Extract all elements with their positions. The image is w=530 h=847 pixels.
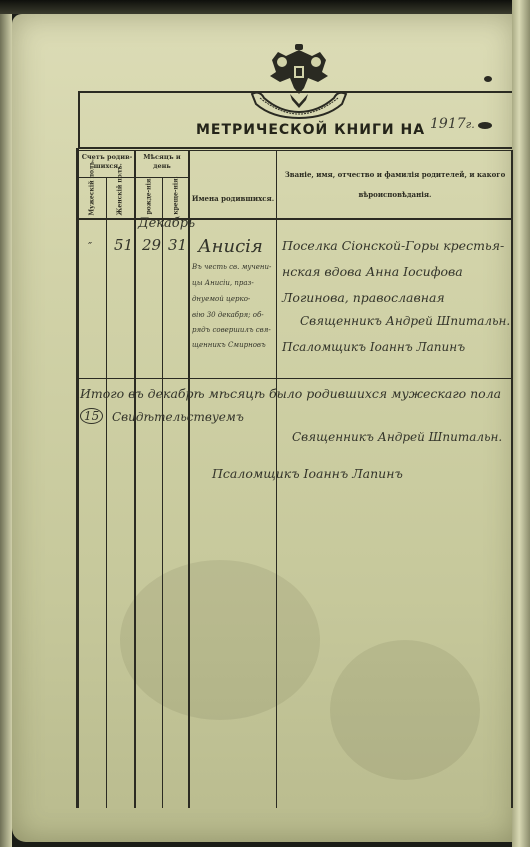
summary-line-2: Свидѣтельствуемъ [112, 410, 244, 424]
summary-line-1: Итого въ декабрѣ мѣсяцѣ было родившихся … [80, 386, 501, 401]
entry-female-number: 51 [114, 236, 133, 254]
header-month-day: Мѣсяцъ и день [136, 153, 188, 171]
paper-stain [330, 640, 480, 780]
entry-male: ″ [88, 240, 92, 253]
entry-baptized-day: 31 [168, 236, 187, 254]
summary-priest-signature: Священникъ Андрей Шпитальн. [292, 430, 502, 444]
col-divider-count-month [134, 150, 136, 808]
header-parents: Званіе, имя, отчество и фамилія родителе… [280, 165, 510, 205]
col-divider-male-female [106, 178, 107, 808]
col-divider-month-names [188, 150, 190, 808]
entry-born-day: 29 [142, 236, 161, 254]
col-divider-born-baptized [162, 178, 163, 808]
title-year: 1917г. [430, 116, 475, 132]
summary-psalmist-signature: Псаломщикъ Іоаннъ Лапинъ [212, 466, 403, 481]
page-title: МЕТРИЧЕСКОЙ КНИГИ НА [196, 122, 425, 138]
entry-psalmist-signature: Псаломщикъ Іоаннъ Лапинъ [282, 340, 465, 354]
table-left-border [76, 148, 79, 808]
entry-priest-signature: Священникъ Андрей Шпитальн. [300, 314, 510, 328]
header-baptized: креще-нія. [173, 176, 180, 216]
scan-left-border [0, 14, 12, 847]
header-female: Женскій полъ. [117, 176, 124, 216]
ink-blot [484, 76, 492, 82]
double-headed-eagle-icon [250, 42, 348, 120]
frame-top-line [78, 91, 512, 93]
ink-blot [478, 122, 492, 129]
entry-child-name: Анисія [198, 236, 263, 257]
entry-bottom-line [78, 378, 512, 379]
table-right-border [511, 150, 513, 808]
scan-top-border [0, 0, 530, 14]
book-page-edges [512, 0, 530, 847]
paper-stain [120, 560, 320, 720]
header-male: Мужескій полъ. [89, 176, 96, 216]
frame-left-title [78, 93, 80, 148]
frame-title-bottom-line-2 [78, 150, 512, 151]
entry-month: Декабрь [138, 216, 195, 231]
frame-title-bottom-line [78, 147, 512, 149]
header-names: Имена родившихся. [190, 194, 276, 203]
header-born: рожде-нія. [146, 176, 153, 216]
